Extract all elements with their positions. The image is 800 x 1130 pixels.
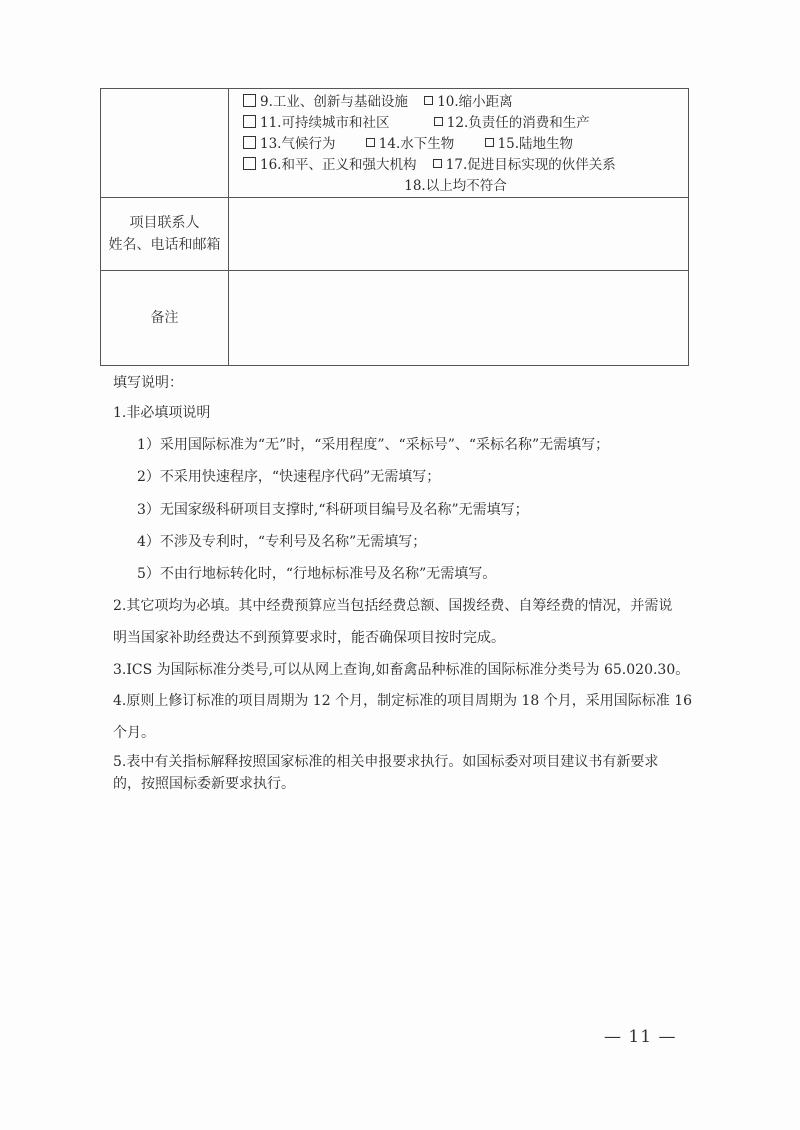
contact-label-line2: 姓名、电话和邮箱 (101, 234, 228, 256)
contact-value-field[interactable] (229, 198, 689, 271)
page-number: — 11 — (604, 1027, 676, 1047)
note-1-sub-3: 3）无国家级科研项目支撑时,“科研项目编号及名称”无需填写； (137, 499, 529, 519)
document-page: 9.工业、创新与基础设施 10.缩小距离 11.可持续城市和社区 12.负责任的… (0, 0, 800, 1130)
note-2-line-2: 明当国家补助经费达不到预算要求时，能否确保项目按时完成。 (113, 627, 505, 647)
remarks-value-field[interactable] (229, 271, 689, 366)
checkbox-icon[interactable] (243, 157, 256, 170)
note-5-line-1: 5.表中有关指标解释按照国家标准的相关申报要求执行。如国标委对项目建议书有新要求 (113, 751, 658, 771)
sdg-row: 9.工业、创新与基础设施 10.缩小距离 11.可持续城市和社区 12.负责任的… (101, 89, 689, 198)
sdg-option-17[interactable]: 17.促进目标实现的伙伴关系 (433, 155, 616, 176)
remarks-row: 备注 (101, 271, 689, 366)
sdg-line-3: 13.气候行为 14.水下生物 15.陆地生物 (243, 134, 688, 155)
checkbox-icon[interactable] (424, 96, 433, 105)
sdg-option-9[interactable]: 9.工业、创新与基础设施 (243, 92, 408, 113)
note-5-line-2: 的，按照国标委新要求执行。 (113, 773, 295, 793)
sdg-option-14[interactable]: 14.水下生物 (366, 134, 454, 155)
note-4-line-1: 4.原则上修订标准的项目周期为 12 个月，制定标准的项目周期为 18 个月，采… (113, 690, 692, 710)
sdg-line-4: 16.和平、正义和强大机构 17.促进目标实现的伙伴关系 (243, 155, 688, 176)
contact-label-line1: 项目联系人 (101, 212, 228, 234)
note-1-sub-4: 4）不涉及专利时，“专利号及名称”无需填写； (137, 531, 426, 551)
checkbox-icon[interactable] (434, 117, 443, 126)
note-3: 3.ICS 为国际标准分类号,可以从网上查询,如畜禽品种标准的国际标准分类号为 … (113, 659, 689, 679)
checkbox-icon[interactable] (366, 138, 375, 147)
checkbox-icon[interactable] (243, 136, 256, 149)
note-1-heading: 1.非必填项说明 (113, 402, 210, 422)
contact-label-cell: 项目联系人 姓名、电话和邮箱 (101, 198, 229, 271)
note-2-line-1: 2.其它项均为必填。其中经费预算应当包括经费总额、国拨经费、自筹经费的情况，并需… (113, 595, 672, 615)
sdg-label-cell (101, 89, 229, 198)
sdg-option-10[interactable]: 10.缩小距离 (424, 92, 512, 113)
note-1-sub-2: 2）不采用快速程序，“快速程序代码”无需填写； (137, 466, 440, 486)
checkbox-icon[interactable] (243, 115, 256, 128)
sdg-option-18[interactable]: 18.以上均不符合 (243, 176, 688, 197)
instructions-title: 填写说明： (113, 372, 183, 392)
project-form-table: 9.工业、创新与基础设施 10.缩小距离 11.可持续城市和社区 12.负责任的… (100, 88, 689, 366)
checkbox-icon[interactable] (485, 138, 494, 147)
note-1-sub-5: 5）不由行地标转化时，“行地标标准号及名称”无需填写。 (137, 563, 496, 583)
sdg-option-12[interactable]: 12.负责任的消费和生产 (434, 113, 590, 134)
note-4-line-2: 个月。 (113, 722, 155, 742)
sdg-option-13[interactable]: 13.气候行为 (243, 134, 335, 155)
checkbox-icon[interactable] (433, 159, 442, 168)
sdg-option-11[interactable]: 11.可持续城市和社区 (243, 113, 389, 134)
contact-row: 项目联系人 姓名、电话和邮箱 (101, 198, 689, 271)
sdg-option-16[interactable]: 16.和平、正义和强大机构 (243, 155, 416, 176)
sdg-options-cell: 9.工业、创新与基础设施 10.缩小距离 11.可持续城市和社区 12.负责任的… (229, 89, 689, 198)
sdg-line-1: 9.工业、创新与基础设施 10.缩小距离 (243, 92, 688, 113)
remarks-label: 备注 (101, 271, 229, 366)
sdg-line-2: 11.可持续城市和社区 12.负责任的消费和生产 (243, 113, 688, 134)
sdg-option-15[interactable]: 15.陆地生物 (485, 134, 573, 155)
checkbox-icon[interactable] (243, 94, 256, 107)
note-1-sub-1: 1）采用国际标准为“无”时，“采用程度”、“采标号”、“采标名称”无需填写； (137, 434, 609, 454)
